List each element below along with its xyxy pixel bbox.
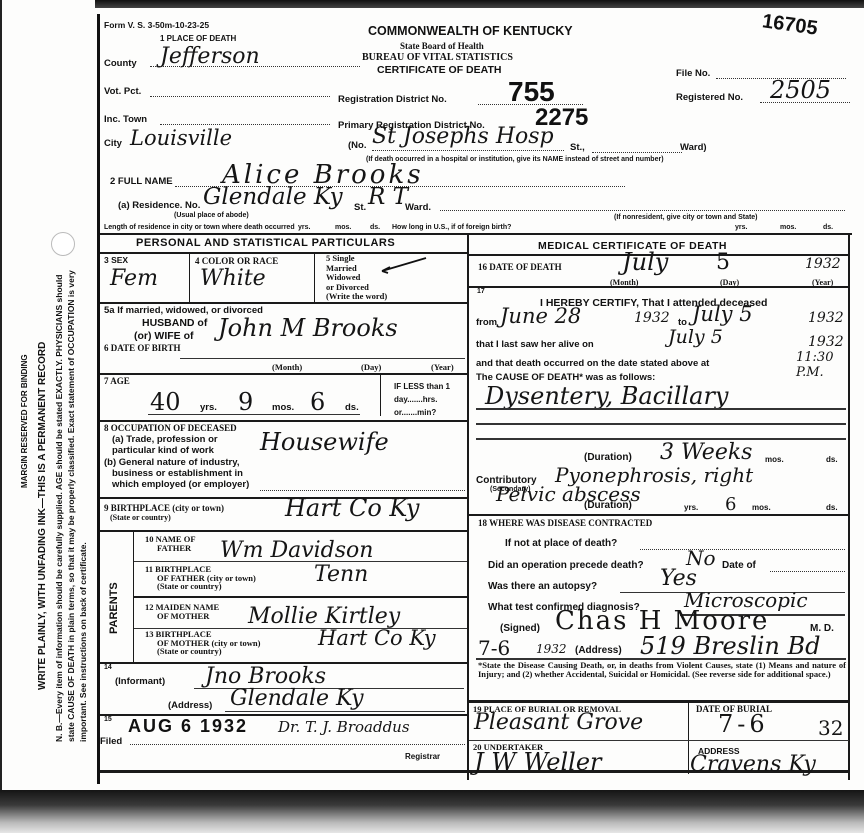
signed-address-label: (Address) — [575, 645, 622, 656]
instructions-line-1: N. B.—Every item of information should b… — [54, 275, 64, 742]
residence-st-label: St. — [354, 202, 366, 213]
duration-ds: ds. — [826, 455, 838, 464]
mother-bp-label-3: (State or country) — [145, 647, 260, 656]
personal-section-title: PERSONAL AND STATISTICAL PARTICULARS — [136, 237, 395, 249]
contrib-duration-label: (Duration) — [584, 500, 632, 511]
occupation-label: 8 OCCUPATION OF DECEASED — [104, 423, 237, 433]
cause-footnote: *State the Disease Causing Death, or, in… — [478, 661, 846, 679]
residence-st-value: R T — [368, 184, 408, 210]
divider — [314, 253, 315, 303]
informant-address-line — [225, 711, 465, 712]
mother-bp-value: Hart Co Ky — [318, 626, 436, 650]
dob-year-label: (Year) — [431, 362, 454, 372]
vot-pct-label: Vot. Pct. — [104, 86, 141, 97]
dob-month-label: (Month) — [272, 362, 302, 372]
age-mos-label: mos. — [272, 402, 294, 413]
length-mos: mos. — [335, 224, 351, 231]
institution-line — [372, 150, 564, 151]
burial-year-value: 32 — [818, 716, 843, 740]
no-label: (No. — [348, 140, 366, 151]
mother-label: 12 MAIDEN NAME OF MOTHER — [145, 603, 219, 621]
divider — [100, 233, 852, 235]
ward-line — [592, 152, 682, 153]
residence-label: (a) Residence. No. — [118, 200, 200, 211]
burial-place-value: Pleasant Grove — [474, 710, 643, 735]
registrar-label: Registrar — [405, 752, 440, 761]
divider — [100, 373, 468, 375]
bureau-vital-statistics: BUREAU OF VITAL STATISTICS — [362, 52, 513, 63]
full-name-label: 2 FULL NAME — [110, 176, 173, 187]
occurred-label: and that death occurred on the date stat… — [476, 358, 709, 369]
birthplace-sub: (State or country) — [110, 513, 171, 522]
item-17-number: 17 — [477, 288, 485, 295]
foreign-ds: ds. — [823, 224, 833, 231]
death-day: 5 — [716, 250, 730, 275]
county-value: Jefferson — [160, 44, 260, 69]
foreign-mos: mos. — [780, 224, 796, 231]
contrib-duration-mos: 6 — [725, 494, 736, 515]
parents-label: PARENTS — [108, 582, 120, 634]
industry-label-2: business or establishment in — [112, 468, 243, 479]
divider — [100, 252, 468, 254]
industry-label-3: which employed (or employer) — [112, 479, 249, 490]
father-value: Wm Davidson — [220, 538, 373, 563]
usual-place: (Usual place of abode) — [174, 212, 249, 219]
instructions-line-3: important. See instructions on back of c… — [78, 542, 88, 742]
mother-bp-label: 13 BIRTHPLACE OF MOTHER (city or town) (… — [145, 630, 260, 656]
race-label: 4 COLOR OR RACE — [195, 256, 278, 266]
ward-label: Ward) — [680, 142, 707, 153]
board-of-health: State Board of Health — [400, 41, 484, 51]
informant-label: (Informant) — [115, 676, 165, 687]
burial-date-value: 7-6 — [718, 710, 769, 738]
reg-district-label: Registration District No. — [338, 94, 447, 105]
date-of-line — [770, 571, 845, 572]
nonresident-note: (If nonresident, give city or town and S… — [614, 214, 758, 221]
inc-town-label: Inc. Town — [104, 114, 147, 125]
duration-mos: mos. — [765, 455, 784, 464]
from-date: June 28 — [500, 304, 581, 328]
married-arrow-mark — [380, 255, 430, 275]
trade-label-2: particular kind of work — [112, 445, 214, 456]
industry-line — [260, 490, 465, 491]
last-saw-label: that I last saw her alive on — [476, 339, 594, 350]
from-label: from — [476, 317, 497, 328]
divider — [134, 561, 467, 562]
marital-status-options: 5 Single Married Widowed or Divorced (Wr… — [326, 254, 387, 302]
not-at-place-line — [640, 549, 845, 550]
last-saw-year: 1932 — [808, 334, 844, 350]
father-label: 10 NAME OF FATHER — [145, 535, 196, 553]
foreign-birth-label: How long in U.S., if of foreign birth? — [392, 224, 511, 231]
undertaker-address-value: Cravens Ky — [690, 752, 816, 777]
where-contracted-label: 18 WHERE WAS DISEASE CONTRACTED — [478, 518, 652, 528]
registered-no-label: Registered No. — [676, 92, 743, 103]
informant-address-label: (Address) — [168, 700, 212, 711]
divider — [100, 302, 468, 304]
length-yrs: yrs. — [298, 224, 310, 231]
cause-line-2 — [476, 423, 846, 425]
filed-date-stamp: AUG 6 1932 — [128, 716, 248, 737]
age-ds-label: ds. — [345, 402, 359, 413]
length-residence-label: Length of residence in city or town wher… — [104, 224, 295, 231]
age-years: 40 — [150, 388, 181, 416]
wife-label: (or) WIFE of — [134, 330, 193, 342]
father-bp-value: Tenn — [314, 562, 368, 587]
divider — [469, 514, 849, 516]
certificate-title: CERTIFICATE OF DEATH — [377, 64, 501, 76]
father-bp-label-3: (State or country) — [145, 582, 256, 591]
not-at-place-label: If not at place of death? — [505, 538, 617, 549]
registrar-signature: Dr. T. J. Broaddus — [278, 718, 410, 736]
scan-top-shadow — [95, 0, 864, 8]
father-bp-label: 11 BIRTHPLACE OF FATHER (city or town) (… — [145, 565, 256, 591]
birthplace-label: 9 BIRTHPLACE (city or town) — [104, 503, 224, 513]
filed-label: Filed — [100, 736, 122, 747]
dob-label: 6 DATE OF BIRTH — [104, 343, 180, 353]
dob-line — [180, 358, 465, 359]
divider — [134, 596, 467, 598]
commonwealth-title: COMMONWEALTH OF KENTUCKY — [368, 24, 573, 38]
residence-ward-line — [440, 210, 845, 211]
age-months: 9 — [238, 388, 253, 416]
divider — [189, 253, 190, 303]
divider — [100, 420, 468, 422]
informant-address-value: Glendale Ky — [230, 686, 364, 711]
form-code: Form V. S. 3-50m-10-23-25 — [104, 20, 209, 30]
institution-value: St Josephs Hosp — [372, 124, 554, 149]
sex-label: 3 SEX — [104, 255, 128, 265]
divider — [469, 286, 849, 288]
scan-bottom-shadow — [0, 790, 864, 833]
min-label: or.......min? — [394, 406, 450, 419]
foreign-yrs: yrs. — [735, 224, 747, 231]
city-label: City — [104, 138, 122, 149]
duration-label: (Duration) — [584, 452, 632, 463]
operation-label: Did an operation precede death? — [488, 560, 644, 571]
divider — [469, 700, 849, 703]
divider — [380, 374, 381, 416]
age-label: 7 AGE — [104, 376, 130, 386]
from-year: 1932 — [634, 310, 670, 326]
contrib-duration-yrs: yrs. — [684, 503, 698, 512]
industry-label-1: (b) General nature of industry, — [104, 457, 239, 468]
father-label-2: FATHER — [145, 544, 196, 553]
place-of-death-label: 1 PLACE OF DEATH — [160, 34, 236, 43]
signed-date: 7-6 — [478, 636, 510, 660]
margin-reserved: MARGIN RESERVED FOR BINDING — [20, 354, 29, 488]
residence-ward-label: Ward. — [405, 202, 431, 213]
signed-label: (Signed) — [500, 623, 540, 634]
column-divider — [467, 235, 469, 780]
dob-day-label: (Day) — [361, 362, 381, 372]
residence-value: Glendale Ky — [203, 184, 343, 210]
to-date: July 5 — [692, 302, 753, 326]
signed-year: 1932 — [536, 642, 567, 656]
divider — [100, 530, 468, 532]
birthplace-value: Hart Co Ky — [285, 494, 419, 522]
sex-value: Fem — [110, 266, 158, 291]
death-year: 1932 — [805, 256, 841, 272]
hrs-label: day.......hrs. — [394, 393, 450, 406]
cause-value: Dysentery, Bacillary — [485, 382, 728, 410]
date-of-label: Date of — [722, 560, 756, 571]
county-label: County — [104, 58, 137, 69]
duration-value: 3 Weeks — [660, 440, 752, 465]
mother-label-2: OF MOTHER — [145, 612, 219, 621]
right-border — [848, 235, 850, 780]
divider — [469, 740, 849, 741]
filed-number: 15 — [104, 716, 112, 723]
age-days: 6 — [310, 388, 325, 416]
occupation-value: Housewife — [260, 428, 389, 456]
age-line — [148, 414, 360, 415]
less-than-day: IF LESS than 1 day.......hrs. or.......m… — [394, 380, 450, 419]
husband-label: HUSBAND of — [142, 317, 207, 329]
spouse-value: John M Brooks — [218, 314, 398, 342]
to-year: 1932 — [808, 310, 844, 326]
inc-town-line — [160, 124, 330, 125]
write-plainly: WRITE PLAINLY, WITH UNFADING INK—THIS IS… — [37, 342, 48, 690]
marital-instruction: (Write the word) — [326, 292, 387, 302]
death-time: 11:30 P.M. — [796, 350, 864, 380]
side-margin: MARGIN RESERVED FOR BINDING WRITE PLAINL… — [4, 0, 96, 790]
punch-hole — [51, 232, 75, 256]
contrib-ds-label: ds. — [826, 503, 838, 512]
less-than-label: IF LESS than 1 — [394, 380, 450, 393]
date-of-death-label: 16 DATE OF DEATH — [478, 262, 562, 272]
instructions-line-2: state CAUSE OF DEATH in plain terms, so … — [66, 270, 76, 742]
cause-line-1 — [476, 408, 846, 410]
registered-no-value: 2505 — [770, 76, 831, 104]
informant-number: 14 — [104, 664, 112, 671]
signed-address-value: 519 Breslin Bd — [640, 632, 821, 660]
last-saw-date: July 5 — [668, 326, 723, 348]
undertaker-value: J W Weller — [474, 748, 602, 776]
death-month: July — [622, 248, 668, 276]
vot-line — [150, 96, 330, 97]
age-yrs-label: yrs. — [200, 402, 217, 413]
race-value: White — [200, 266, 266, 291]
st-label: St., — [570, 142, 585, 153]
scan-left-edge — [0, 0, 2, 800]
trade-label-1: (a) Trade, profession or — [112, 434, 218, 445]
divider — [688, 702, 689, 774]
autopsy-label: Was there an autopsy? — [488, 581, 597, 592]
length-ds: ds. — [370, 224, 380, 231]
city-value: Louisville — [130, 126, 232, 150]
file-no-label: File No. — [676, 68, 710, 79]
contrib-mos-label: mos. — [752, 503, 771, 512]
filed-line — [130, 744, 465, 746]
